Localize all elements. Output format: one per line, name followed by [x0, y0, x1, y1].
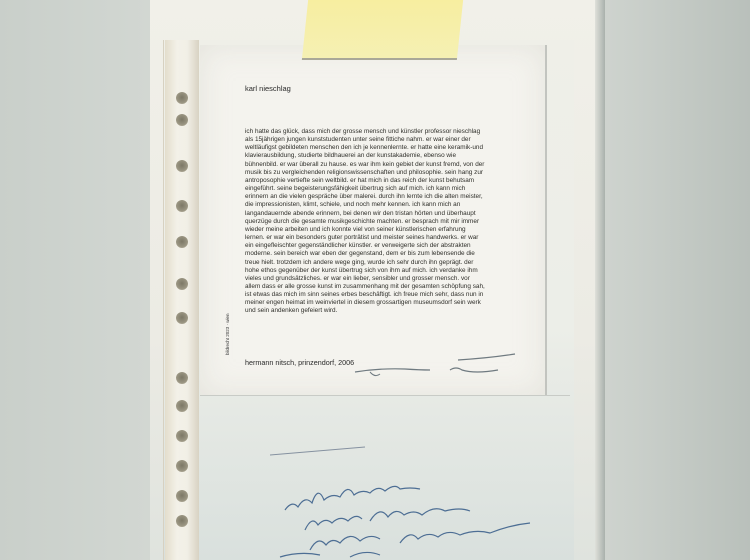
letter-title: karl nieschlag [245, 84, 291, 93]
letter-line: als 15jährigen jungen kunststudenten unt… [245, 136, 535, 144]
frame-shadow [595, 0, 605, 560]
letter-line: erinnern an die vielen gespräche über ma… [245, 193, 535, 201]
letter-line: hohe ethos gegenüber der kunst übertrug … [245, 267, 535, 275]
letter-line: antroposophie vertiefte sein weltbild. e… [245, 177, 535, 185]
letter-line: querzüge durch die gesamte musikgeschich… [245, 218, 535, 226]
letter-line: allem dass er alle grosse kunst im zusam… [245, 283, 535, 291]
handwritten-note [270, 445, 570, 560]
punch-hole-icon [176, 92, 188, 104]
letter-line: moderne. sein bereich war eben der gegen… [245, 250, 535, 258]
letter-line: meiner engen heimat im weinviertel in di… [245, 299, 535, 307]
letter-line: ich hatte das glück, dass mich der gross… [245, 128, 535, 136]
letter-line: die impressionisten, klimt, schiele, und… [245, 201, 535, 209]
letter-line: treue hielt. trotzdem ich andere wege gi… [245, 259, 535, 267]
letter-body: ich hatte das glück, dass mich der gross… [245, 128, 535, 316]
sheet-edge [200, 395, 570, 396]
letter-line: bühnenbild. er war überall zu hause. es … [245, 161, 535, 169]
punch-hole-icon [176, 160, 188, 172]
letter-line: und sein andenken gefeiert wird. [245, 307, 535, 315]
punch-hole-icon [176, 114, 188, 126]
rotated-note: bildrecht 2023 · wien [225, 313, 230, 355]
punch-hole-icon [176, 200, 188, 212]
letter-line: klavierausbildung, studierte bildhauerei… [245, 152, 535, 160]
punch-hole-icon [176, 236, 188, 248]
punch-hole-icon [176, 312, 188, 324]
letter-line: weltläufigst gebildeten menschen den ich… [245, 144, 535, 152]
letter-line: vieles und grundsätzliches. er war ein l… [245, 275, 535, 283]
signature-line: hermann nitsch, prinzendorf, 2006 [245, 358, 354, 367]
letter-line: ist etwas das mich im sinn seines erbes … [245, 291, 535, 299]
punch-hole-icon [176, 400, 188, 412]
letter-line: langandauernde abende erinnern, bei dene… [245, 210, 535, 218]
letter-line: wieder meine arbeiten und ich konnte vie… [245, 226, 535, 234]
letter-line: lernen. er war ein besonders guter portr… [245, 234, 535, 242]
letter-line: ein eingefleischter gegenständlicher kün… [245, 242, 535, 250]
signature-icon [350, 350, 530, 385]
punch-hole-icon [176, 430, 188, 442]
punch-hole-icon [176, 372, 188, 384]
letter-line: musik bis zu vergleichenden religionswis… [245, 169, 535, 177]
sticky-note [302, 0, 463, 60]
letter-line: eingeführt. seine begeisterungsfähigkeit… [245, 185, 535, 193]
punch-hole-icon [176, 460, 188, 472]
punch-hole-icon [176, 278, 188, 290]
punch-hole-icon [176, 515, 188, 527]
punch-hole-icon [176, 490, 188, 502]
